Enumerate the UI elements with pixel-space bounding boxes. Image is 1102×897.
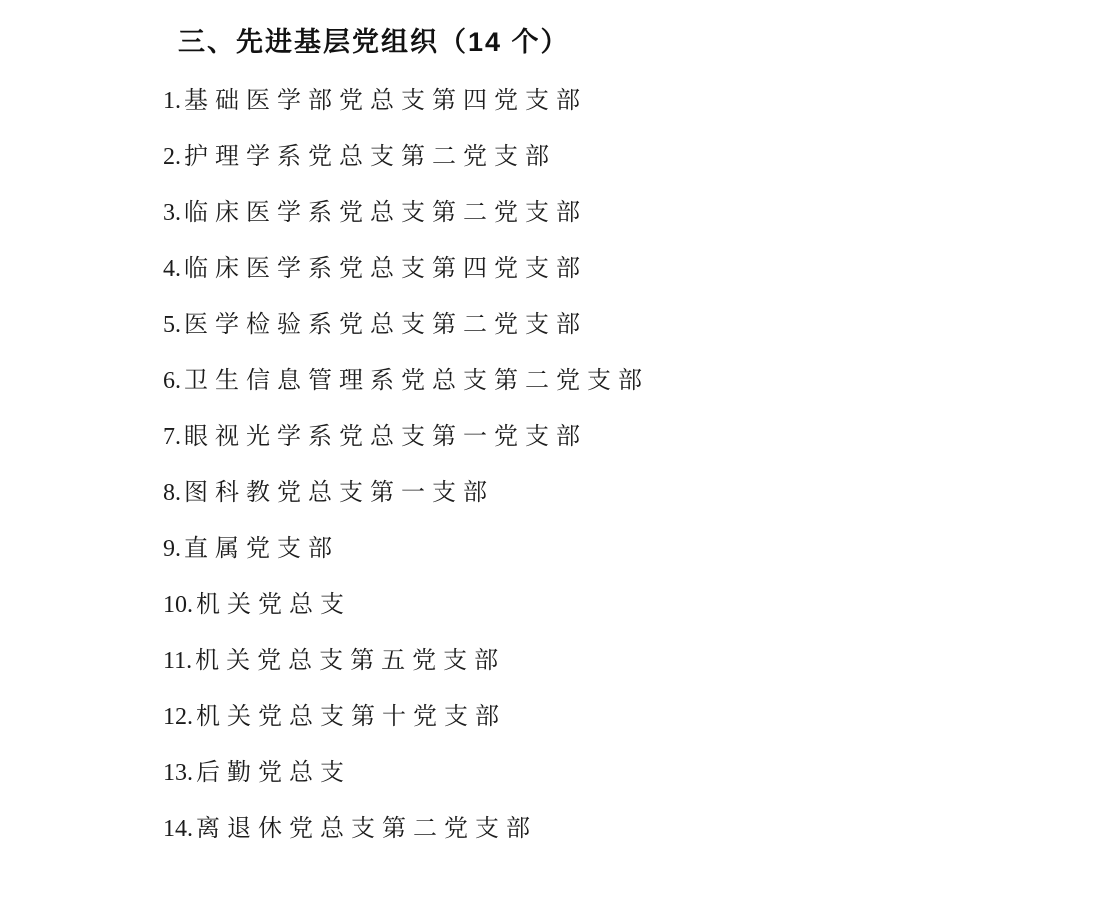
list-item: 13.后勤党总支 xyxy=(163,761,1062,786)
list-item: 14.离退休党总支第二党支部 xyxy=(163,817,1062,842)
item-name: 机关党总支第十党支部 xyxy=(196,704,506,730)
item-number: 3. xyxy=(163,200,181,226)
list-item: 2.护理学系党总支第二党支部 xyxy=(163,145,1062,170)
list-item: 12.机关党总支第十党支部 xyxy=(163,705,1062,730)
list-item: 4.临床医学系党总支第四党支部 xyxy=(163,257,1062,282)
list-item: 1.基础医学部党总支第四党支部 xyxy=(163,89,1062,114)
list-item: 10.机关党总支 xyxy=(163,593,1062,618)
item-number: 10. xyxy=(163,592,193,618)
item-number: 5. xyxy=(163,312,181,338)
item-number: 11. xyxy=(163,648,192,674)
item-number: 12. xyxy=(163,704,193,730)
item-name: 机关党总支 xyxy=(196,592,351,618)
document-page: 三、先进基层党组织（14 个） 1.基础医学部党总支第四党支部 2.护理学系党总… xyxy=(0,0,1102,897)
item-name: 临床医学系党总支第四党支部 xyxy=(184,256,587,282)
item-number: 4. xyxy=(163,256,181,282)
list-item: 5.医学检验系党总支第二党支部 xyxy=(163,313,1062,338)
list-item: 8.图科教党总支第一支部 xyxy=(163,481,1062,506)
item-name: 基础医学部党总支第四党支部 xyxy=(184,88,587,114)
list-item: 6.卫生信息管理系党总支第二党支部 xyxy=(163,369,1062,394)
item-name: 临床医学系党总支第二党支部 xyxy=(184,200,587,226)
item-number: 6. xyxy=(163,368,181,394)
list-item: 9.直属党支部 xyxy=(163,537,1062,562)
section-heading: 三、先进基层党组织（14 个） xyxy=(178,26,1062,58)
list-item: 7.眼视光学系党总支第一党支部 xyxy=(163,425,1062,450)
item-number: 8. xyxy=(163,480,181,506)
list-item: 11.机关党总支第五党支部 xyxy=(163,649,1062,674)
item-name: 离退休党总支第二党支部 xyxy=(196,816,537,842)
item-name: 后勤党总支 xyxy=(196,760,351,786)
item-name: 卫生信息管理系党总支第二党支部 xyxy=(184,368,649,394)
item-name: 护理学系党总支第二党支部 xyxy=(184,144,556,170)
item-number: 7. xyxy=(163,424,181,450)
item-number: 9. xyxy=(163,536,181,562)
item-name: 机关党总支第五党支部 xyxy=(195,648,505,674)
item-name: 图科教党总支第一支部 xyxy=(184,480,494,506)
item-name: 医学检验系党总支第二党支部 xyxy=(184,312,587,338)
item-number: 2. xyxy=(163,144,181,170)
item-number: 13. xyxy=(163,760,193,786)
item-name: 直属党支部 xyxy=(184,536,339,562)
list-item: 3.临床医学系党总支第二党支部 xyxy=(163,201,1062,226)
item-number: 14. xyxy=(163,816,193,842)
item-name: 眼视光学系党总支第一党支部 xyxy=(184,424,587,450)
item-number: 1. xyxy=(163,88,181,114)
